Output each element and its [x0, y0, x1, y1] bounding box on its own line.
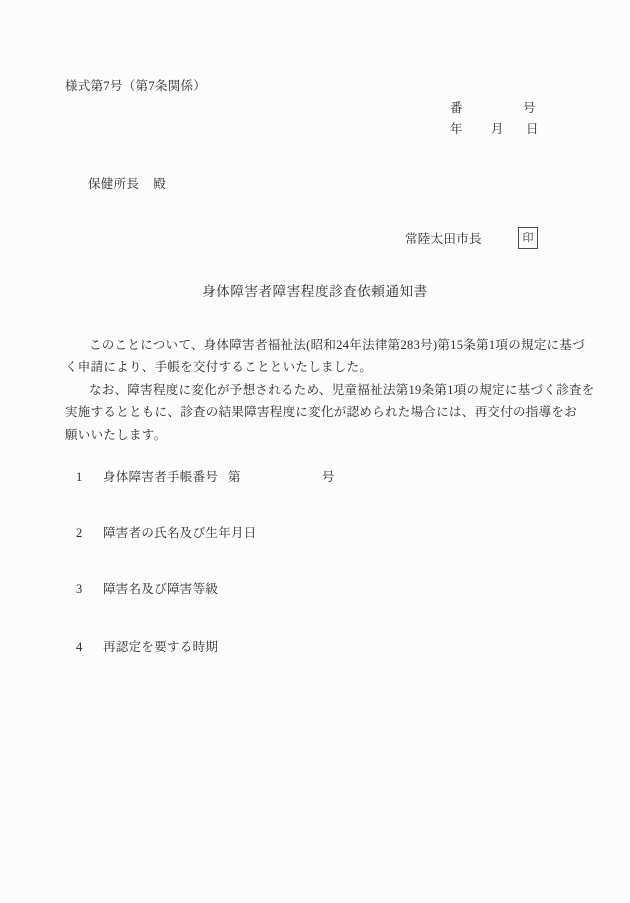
addressee-honorific: 殿 — [153, 177, 166, 191]
item-number: 4 — [76, 640, 83, 655]
number-suffix-label: 号 — [523, 98, 536, 116]
item-number: 1 — [76, 470, 83, 485]
body-line: なお、障害程度に変化が予想されるため、児童福祉法第19条第1項の規定に基づく診査… — [65, 379, 570, 401]
document-title: 身体障害者障害程度診査依頼通知書 — [0, 280, 630, 300]
item-disability-grade: 3 障害名及び障害等級 — [76, 579, 218, 597]
handbook-number-prefix: 第 — [228, 467, 241, 485]
form-number-label: 様式第7号（第7条関係） — [65, 76, 206, 94]
item-handbook-number: 1 身体障害者手帳番号 — [76, 467, 218, 485]
document-page: 様式第7号（第7条関係） 番 号 年 月 日 保健所長殿 常陸太田市長 印 身体… — [0, 0, 630, 903]
item-label: 障害者の氏名及び生年月日 — [103, 526, 257, 540]
day-label: 日 — [526, 119, 539, 137]
body-line: 願いいたします。 — [65, 424, 570, 446]
addressee-title: 保健所長 — [88, 177, 139, 191]
item-label: 再認定を要する時期 — [103, 640, 218, 654]
seal-placeholder: 印 — [518, 227, 538, 249]
handbook-number-suffix: 号 — [322, 467, 335, 485]
number-prefix-label: 番 — [450, 98, 463, 116]
item-recertification-time: 4 再認定を要する時期 — [76, 637, 218, 655]
body-line: く申請により、手帳を交付することといたしました。 — [65, 356, 570, 378]
month-label: 月 — [491, 119, 504, 137]
item-label: 身体障害者手帳番号 — [103, 470, 218, 484]
body-line: このことについて、身体障害者福祉法(昭和24年法律第283号)第15条第1項の規… — [65, 334, 570, 356]
item-number: 3 — [76, 582, 83, 597]
body-paragraphs: このことについて、身体障害者福祉法(昭和24年法律第283号)第15条第1項の規… — [65, 334, 570, 446]
year-label: 年 — [450, 119, 463, 137]
item-label: 障害名及び障害等級 — [103, 582, 218, 596]
body-line: 実施するとともに、診査の結果障害程度に変化が認められた場合には、再交付の指導をお — [65, 401, 570, 423]
item-name-birthdate: 2 障害者の氏名及び生年月日 — [76, 523, 257, 541]
addressee-line: 保健所長殿 — [88, 174, 166, 192]
sender-name: 常陸太田市長 — [405, 229, 482, 247]
item-number: 2 — [76, 526, 83, 541]
